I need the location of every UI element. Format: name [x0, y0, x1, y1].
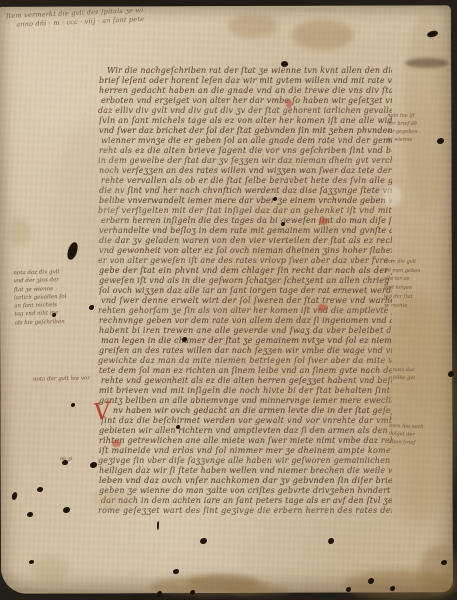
rubric-mark: [112, 440, 121, 447]
text-line: reht als ez die alten brieve ſagent die …: [99, 146, 392, 156]
text-line: rehten gehorſam ʒe ſin als von alter her…: [98, 306, 392, 316]
text-line: dar nach in dem achten iare an ſant pete…: [101, 496, 392, 506]
margin-note-right-note-a: nota hie iſtder brief dẽrat gegebenʒe wi…: [387, 112, 444, 145]
text-line: rehte vervallen als ob er die ſtat ſelbe…: [101, 176, 392, 186]
text-line: verhandelte vnd beſloʒ in dem rate mit g…: [99, 226, 392, 236]
text-line: geʒivge ſin vber diſe ſaʒʒvnge alle habe…: [98, 456, 392, 466]
text-line: rihten getrewlichen ane alle miete wan ſ…: [99, 436, 392, 446]
main-text-block: Wir die nachgeſchriben rat der ſtat ʒe w…: [99, 66, 392, 516]
margin-note-line: ʒe wienne: [387, 136, 443, 145]
parchment-stain: [230, 585, 290, 597]
parchment-stain: [8, 218, 30, 246]
ink-spot: [71, 403, 75, 407]
text-line: nv haben wir ovch gedacht an die armen l…: [98, 406, 392, 416]
text-line: gebe der ſtat ein phvnt vnd dem chlager …: [99, 266, 392, 276]
rubric-mark: [286, 99, 292, 108]
page-overlay: Jtem vermerkt die gvlt dez ſpitals ʒe wi…: [0, 0, 457, 600]
parchment-stain: [55, 120, 125, 270]
text-line: brief leſent oder horent leſen daz wir m…: [99, 76, 392, 86]
text-line: erboten vnd erʒeiget von alter her dar v…: [101, 96, 392, 106]
text-line: habent bi iren trewen ane alle geverde v…: [99, 326, 392, 336]
text-line: die nv ſint vnd her nach chvnftich werde…: [99, 186, 392, 196]
parchment-stain: [90, 490, 136, 510]
parchment-stain: [420, 545, 457, 595]
ink-spot: [11, 492, 17, 501]
text-line: gantʒ beliben an alle abnemvnge vnd minn…: [99, 396, 392, 406]
parchment-stain: [380, 290, 457, 525]
text-line: erbern herren inſigeln die des tages da …: [101, 216, 392, 226]
ink-spot: [27, 512, 33, 517]
text-line: brief verſigelten mit der ſtat inſigel d…: [98, 206, 392, 216]
text-line: tete dem ſol man ez richten an ſinem lei…: [99, 366, 392, 376]
margin-note-left-note-a: nota daz div gvltvnd der ʒins derſtat ʒe…: [13, 267, 116, 328]
parchment-stain: [292, 20, 354, 50]
ink-spot: [200, 538, 207, 544]
margin-note-right-note-c: nota dazſelbe gvt: [393, 367, 441, 382]
text-line: in dem gewelbe der ſtat dar ʒv ſeʒʒen wi…: [98, 156, 392, 166]
margin-note-line: ʒe rechte: [384, 301, 446, 311]
text-line: rome geſeʒʒet wart des ſint geʒivge die …: [98, 506, 392, 516]
ink-spot: [63, 507, 70, 513]
archival-header-annotation: Jtem vermerkt die gvlt dez ſpitals ʒe wi…: [6, 6, 145, 30]
text-line: herren gedacht haben an die gnade vnd an…: [99, 86, 392, 96]
margin-note-right-note-d: item hie nachvolget deralten brief: [389, 422, 446, 448]
text-line: geweſen iſt vnd als in die geſworn ſchat…: [99, 276, 392, 286]
text-line: iſt maineide vnd erlos vnd ſol nimmer me…: [99, 446, 392, 456]
text-line: greifen an des rates willen dar nach ſeʒ…: [99, 346, 392, 356]
ink-spot: [62, 460, 68, 465]
text-line: belibe vnverwandelt iemer mere dar vber …: [99, 196, 392, 206]
text-line: vnd ſwer denne erwelt wirt der ſol ſwere…: [101, 296, 392, 306]
text-line: daz elliv div gvlt vnd div gut div ʒv de…: [98, 106, 392, 116]
parchment-stain: [405, 58, 449, 68]
margin-note-line: nota der gvlt hie vor: [33, 374, 99, 383]
text-line: ſvln an ſant michels tage als ez von alt…: [99, 116, 392, 126]
rubric-mark: [318, 304, 327, 311]
ink-spot: [328, 538, 334, 544]
text-line: rehte vnd gewonheit als ez die alten her…: [101, 376, 392, 386]
text-line: geben ʒe wienne do man ʒalte von criſtes…: [99, 486, 392, 496]
text-line: noch verſeʒʒen an des rates willen vnd w…: [99, 166, 392, 176]
text-line: die dar ʒv geladen waren von den vier vi…: [99, 236, 392, 246]
text-line: vnd gewonheit von alter ez ſol ovch niem…: [99, 246, 392, 256]
margin-note-right-note-b: item div gvltſol man gebenalle iar anſan…: [384, 257, 447, 310]
parchment-stain: [382, 186, 402, 206]
text-line: man legen in die chamer der ſtat ʒe gema…: [101, 336, 392, 346]
ink-spot: [37, 487, 43, 492]
margin-note-left-note-b: nota der gvlt hie vor: [33, 374, 99, 383]
margin-note-line: nota daz: [393, 367, 441, 375]
text-line: ſol ovch wiʒʒen daz alle iar an ſant ior…: [99, 286, 392, 296]
text-line: ſint daz die beſchirmet werden vor gewal…: [101, 416, 392, 426]
text-line: er von alter geweſen iſt ane des rates v…: [98, 256, 392, 266]
text-line: leben vnd daz ovch vnſer nachkomen dar ʒ…: [99, 476, 392, 486]
rubric-mark: [319, 218, 328, 225]
text-line: wienner mvnʒe die er geben ſol an alle g…: [101, 136, 392, 146]
text-line: gebieten wir allen richtern vnd amptlevt…: [99, 426, 392, 436]
margin-note-line: ſelbe gvt: [393, 375, 441, 383]
ink-spot: [157, 521, 159, 530]
text-line: vnd ſwer daz brichet der ſol der ſtat ge…: [99, 126, 392, 136]
rubric-initial: V: [92, 398, 112, 426]
text-line: mit brieven vnd mit inſigeln die noch hi…: [99, 386, 392, 396]
text-line: rechnvnge geben vor dem rate von allem d…: [99, 316, 392, 326]
text-line: gewichte daz man da mite niemen betriege…: [98, 356, 392, 366]
ink-spot: [157, 591, 162, 597]
text-line: heiligen daz wir ſi ſtete haben wellen v…: [99, 466, 392, 476]
parchment-stain: [228, 14, 278, 38]
ink-spot: [173, 569, 179, 574]
ink-spot: [90, 462, 97, 468]
text-line: Wir die nachgeſchriben rat der ſtat ʒe w…: [107, 66, 392, 76]
parchment-stain: [30, 556, 70, 582]
manuscript-photo: Jtem vermerkt die gvlt dez ſpitals ʒe wi…: [0, 0, 457, 600]
